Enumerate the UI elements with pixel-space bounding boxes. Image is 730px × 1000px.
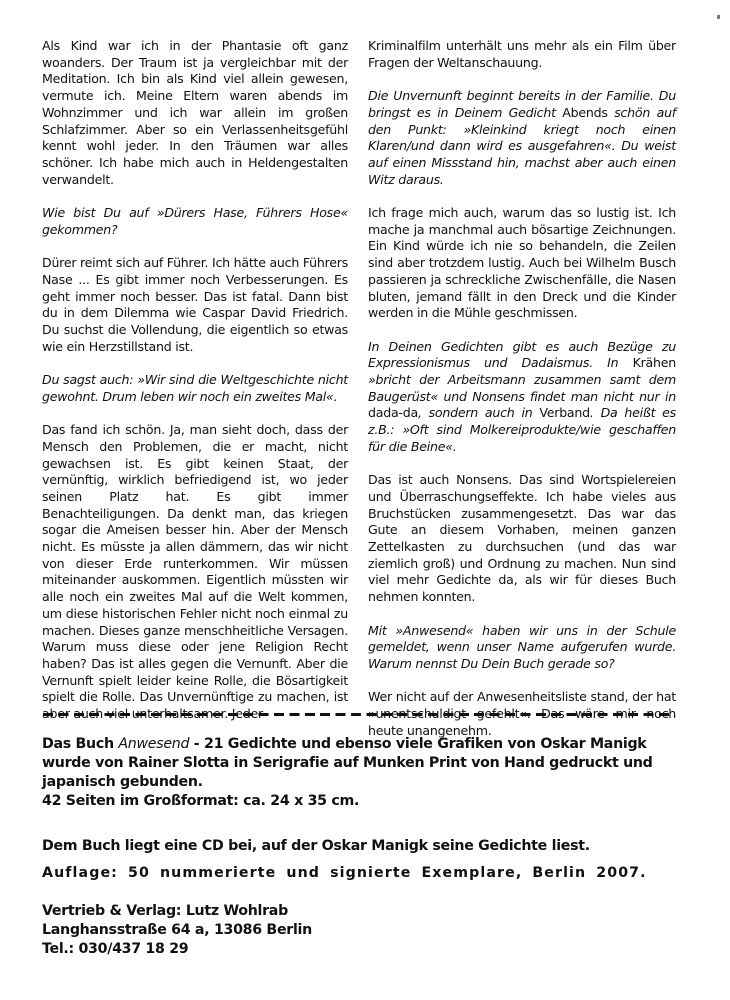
answer-paragraph: Dürer reimt sich auf Führer. Ich hätte a… (42, 255, 348, 355)
question-paragraph: Du sagst auch: »Wir sind die Weltgeschic… (42, 372, 348, 405)
dashed-divider (43, 713, 673, 716)
scan-speck (717, 15, 720, 19)
question-paragraph: In Deinen Gedichten gibt es auch Bezüge … (368, 339, 676, 456)
publisher-block: Vertrieb & Verlag: Lutz Wohlrab Langhans… (42, 902, 312, 959)
colophon: Das Buch Anwesend - 21 Gedichte und eben… (42, 735, 682, 811)
answer-paragraph: Als Kind war ich in der Phantasie oft ga… (42, 38, 348, 188)
question-paragraph: Die Unvernunft beginnt bereits in der Fa… (368, 88, 676, 188)
publisher-phone: Tel.: 030/437 18 29 (42, 940, 312, 959)
poem-title: Krähen (633, 355, 676, 370)
question-paragraph: Wie bist Du auf »Dürers Hase, Führers Ho… (42, 205, 348, 238)
answer-paragraph: Ich frage mich auch, warum das so lustig… (368, 205, 676, 322)
book-title: Anwesend (118, 736, 189, 752)
question-paragraph: Mit »Anwesend« haben wir uns in der Schu… (368, 623, 676, 673)
poem-title: Abends (562, 105, 607, 120)
poem-title: Verband (539, 405, 590, 420)
answer-paragraph: Das ist auch Nonsens. Das sind Wortspiel… (368, 472, 676, 606)
edition-note: Auflage: 50 nummerierte und signierte Ex… (42, 864, 682, 883)
poem-title: dada-da (368, 405, 418, 420)
interview-left-column: Als Kind war ich in der Phantasie oft ga… (42, 38, 348, 723)
cd-note: Dem Buch liegt eine CD bei, auf der Oska… (42, 837, 682, 856)
book-description: Das Buch Anwesend - 21 Gedichte und eben… (42, 735, 682, 811)
publisher-name: Vertrieb & Verlag: Lutz Wohlrab (42, 902, 312, 921)
interview-right-column: Kriminalfilm unterhält uns mehr als ein … (368, 38, 676, 739)
answer-paragraph: Das fand ich schön. Ja, man sieht doch, … (42, 422, 348, 723)
answer-paragraph: Kriminalfilm unterhält uns mehr als ein … (368, 38, 676, 71)
publisher-address: Langhansstraße 64 a, 13086 Berlin (42, 921, 312, 940)
book-format: 42 Seiten im Großformat: ca. 24 x 35 cm. (42, 792, 682, 811)
